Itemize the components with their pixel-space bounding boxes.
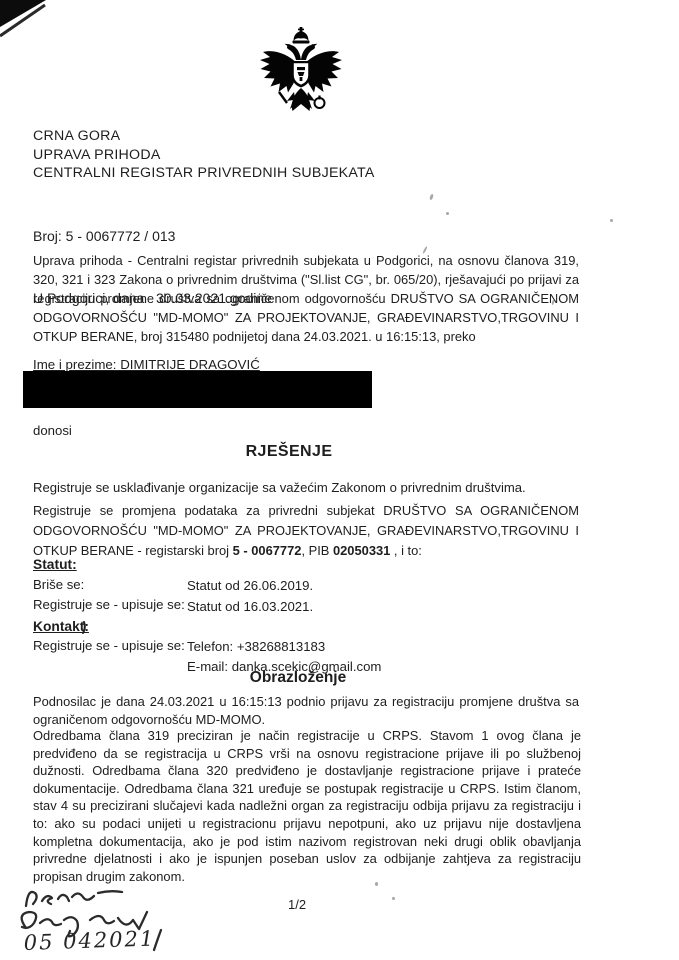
issuer-agency: UPRAVA PRIHODA bbox=[33, 146, 375, 165]
handwritten-date: 05 042021 bbox=[23, 926, 155, 955]
explanation-paragraph-2: Odredbama člana 319 preciziran je način … bbox=[33, 727, 581, 885]
scan-speckle bbox=[610, 219, 613, 222]
row-value-telefon: Telefon: +38268813183 bbox=[187, 639, 325, 654]
scan-corner-artifact bbox=[0, 0, 64, 48]
scanned-document-page: CRNA GORA UPRAVA PRIHODA CENTRALNI REGIS… bbox=[0, 0, 679, 960]
decision-title: RJEŠENJE bbox=[33, 443, 545, 461]
decision-line2: Registruje se promjena podataka za privr… bbox=[33, 501, 579, 561]
section-heading-statut: Statut: bbox=[33, 557, 77, 572]
issuer-registry: CENTRALNI REGISTAR PRIVREDNIH SUBJEKATA bbox=[33, 164, 375, 183]
issuer-block: CRNA GORA UPRAVA PRIHODA CENTRALNI REGIS… bbox=[33, 127, 375, 183]
coat-of-arms-icon bbox=[256, 26, 346, 128]
row-label-registruje-se-2: Registruje se - upisuje se: bbox=[33, 638, 185, 653]
explanation-title: Obrazloženje bbox=[33, 669, 563, 687]
row-value-statut-new: Statut od 16.03.2021. bbox=[187, 599, 313, 614]
row-label-registruje-se-1: Registruje se - upisuje se: bbox=[33, 597, 185, 612]
redaction-box bbox=[23, 371, 372, 408]
decision-line1: Registruje se usklađivanje organizacije … bbox=[33, 480, 526, 495]
decision-line2-post: , i to: bbox=[390, 543, 422, 558]
ink-mark-artifact bbox=[80, 621, 88, 635]
registry-number: 5 - 0067772 bbox=[233, 543, 302, 558]
handwritten-signature: 05 042021 bbox=[12, 880, 247, 958]
explanation-paragraph-1: Podnosilac je dana 24.03.2021 u 16:15:13… bbox=[33, 693, 579, 730]
scan-speckle bbox=[429, 194, 434, 201]
row-label-brise-se: Briše se: bbox=[33, 577, 84, 592]
donosi-word: donosi bbox=[33, 423, 72, 438]
issuer-country: CRNA GORA bbox=[33, 127, 375, 146]
scan-speckle bbox=[446, 212, 449, 215]
scan-speckle bbox=[392, 897, 395, 900]
intro-paragraph: Uprava prihoda - Centralni registar priv… bbox=[33, 251, 579, 346]
page-number: 1/2 bbox=[288, 897, 306, 912]
scan-speckle bbox=[375, 882, 378, 886]
pib-number: 02050331 bbox=[333, 543, 390, 558]
row-value-statut-old: Statut od 26.06.2019. bbox=[187, 578, 313, 593]
case-number: Broj: 5 - 0067772 / 013 bbox=[33, 226, 272, 247]
submitter-name-line: Ime i prezime: DIMITRIJE DRAGOVIĆ bbox=[33, 357, 260, 372]
decision-line2-mid: , PIB bbox=[301, 543, 333, 558]
